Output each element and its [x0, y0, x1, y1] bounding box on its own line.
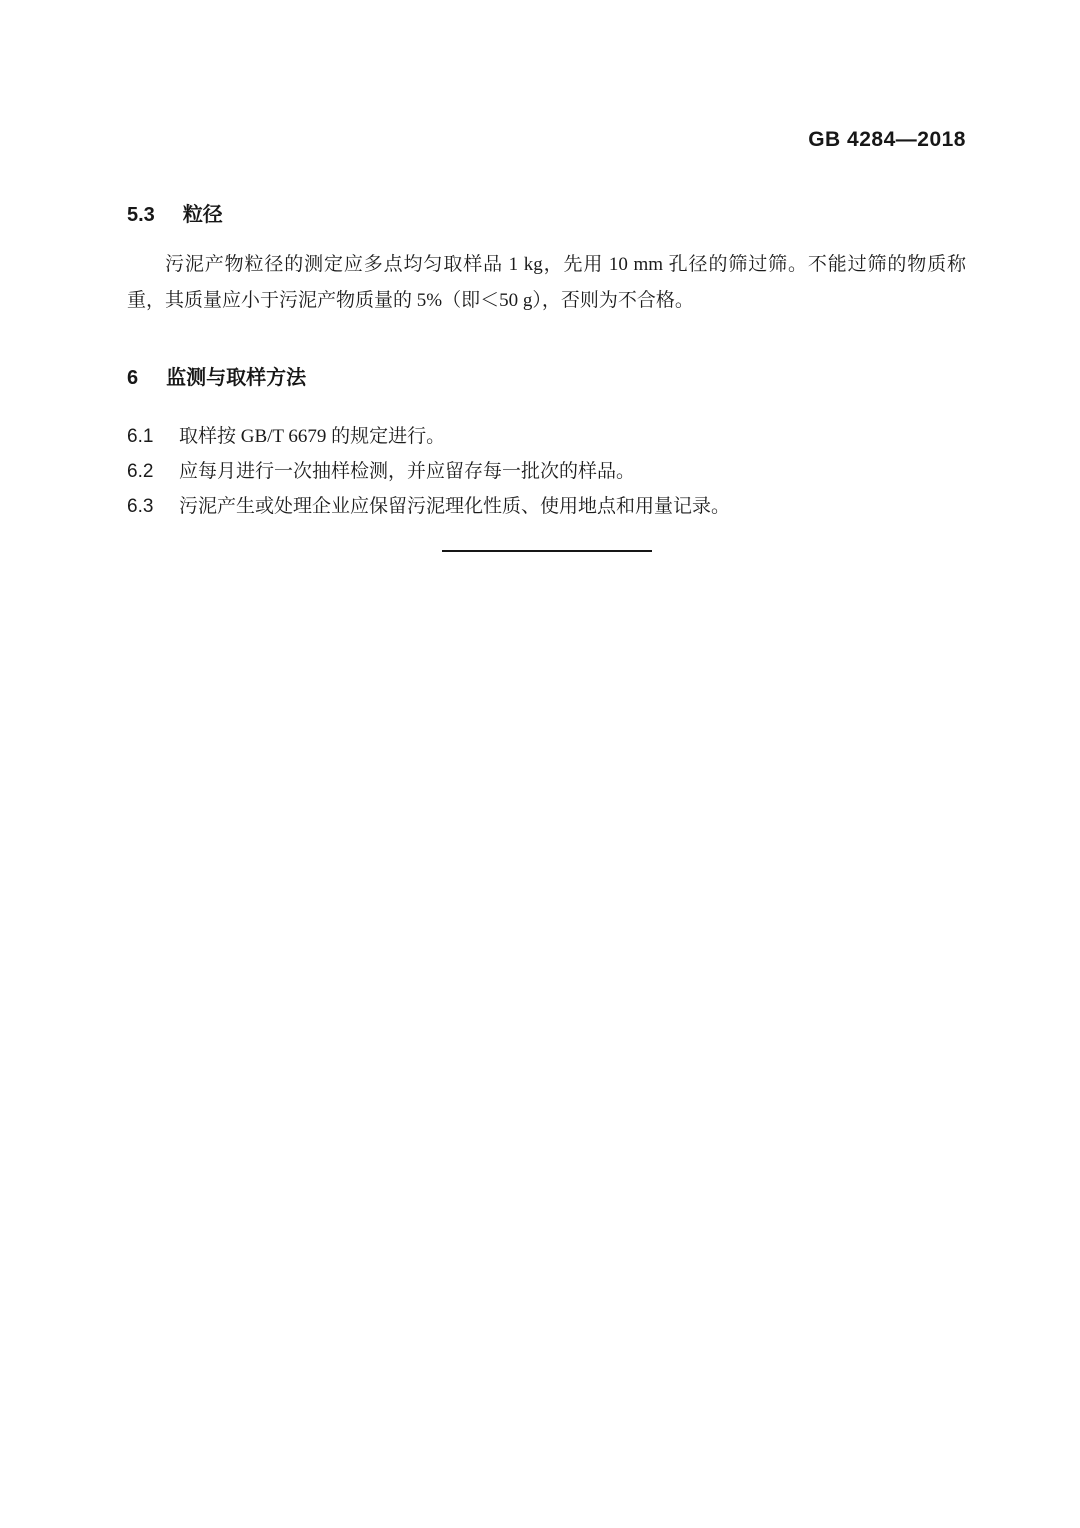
- section-heading-5-3: 5.3 粒径: [127, 198, 966, 227]
- end-of-document-rule: [442, 550, 652, 552]
- page-content: GB 4284—2018 5.3 粒径 污泥产物粒径的测定应多点均匀取样品 1 …: [0, 0, 1080, 552]
- clause-number: 6.2: [127, 455, 179, 489]
- clause-number: 6.3: [127, 490, 179, 524]
- section-number: 6: [127, 367, 138, 390]
- clause-list: 6.1 取样按 GB/T 6679 的规定进行。 6.2 应每月进行一次抽样检测…: [127, 420, 966, 524]
- section-heading-6: 6 监测与取样方法: [127, 361, 966, 390]
- clause-6-3: 6.3 污泥产生或处理企业应保留污泥理化性质、使用地点和用量记录。: [127, 490, 966, 524]
- clause-text: 应每月进行一次抽样检测，并应留存每一批次的样品。: [179, 455, 635, 489]
- document-page: GB 4284—2018 5.3 粒径 污泥产物粒径的测定应多点均匀取样品 1 …: [0, 0, 1080, 1528]
- clause-6-2: 6.2 应每月进行一次抽样检测，并应留存每一批次的样品。: [127, 455, 966, 489]
- clause-number: 6.1: [127, 420, 179, 454]
- standard-number-header: GB 4284—2018: [127, 128, 966, 152]
- clause-text: 污泥产生或处理企业应保留污泥理化性质、使用地点和用量记录。: [179, 490, 730, 524]
- section-5-3-paragraph: 污泥产物粒径的测定应多点均匀取样品 1 kg，先用 10 mm 孔径的筛过筛。不…: [127, 247, 966, 319]
- section-number: 5.3: [127, 204, 155, 227]
- clause-text: 取样按 GB/T 6679 的规定进行。: [179, 420, 445, 454]
- section-title: 粒径: [183, 198, 223, 227]
- clause-6-1: 6.1 取样按 GB/T 6679 的规定进行。: [127, 420, 966, 454]
- section-title: 监测与取样方法: [166, 361, 306, 390]
